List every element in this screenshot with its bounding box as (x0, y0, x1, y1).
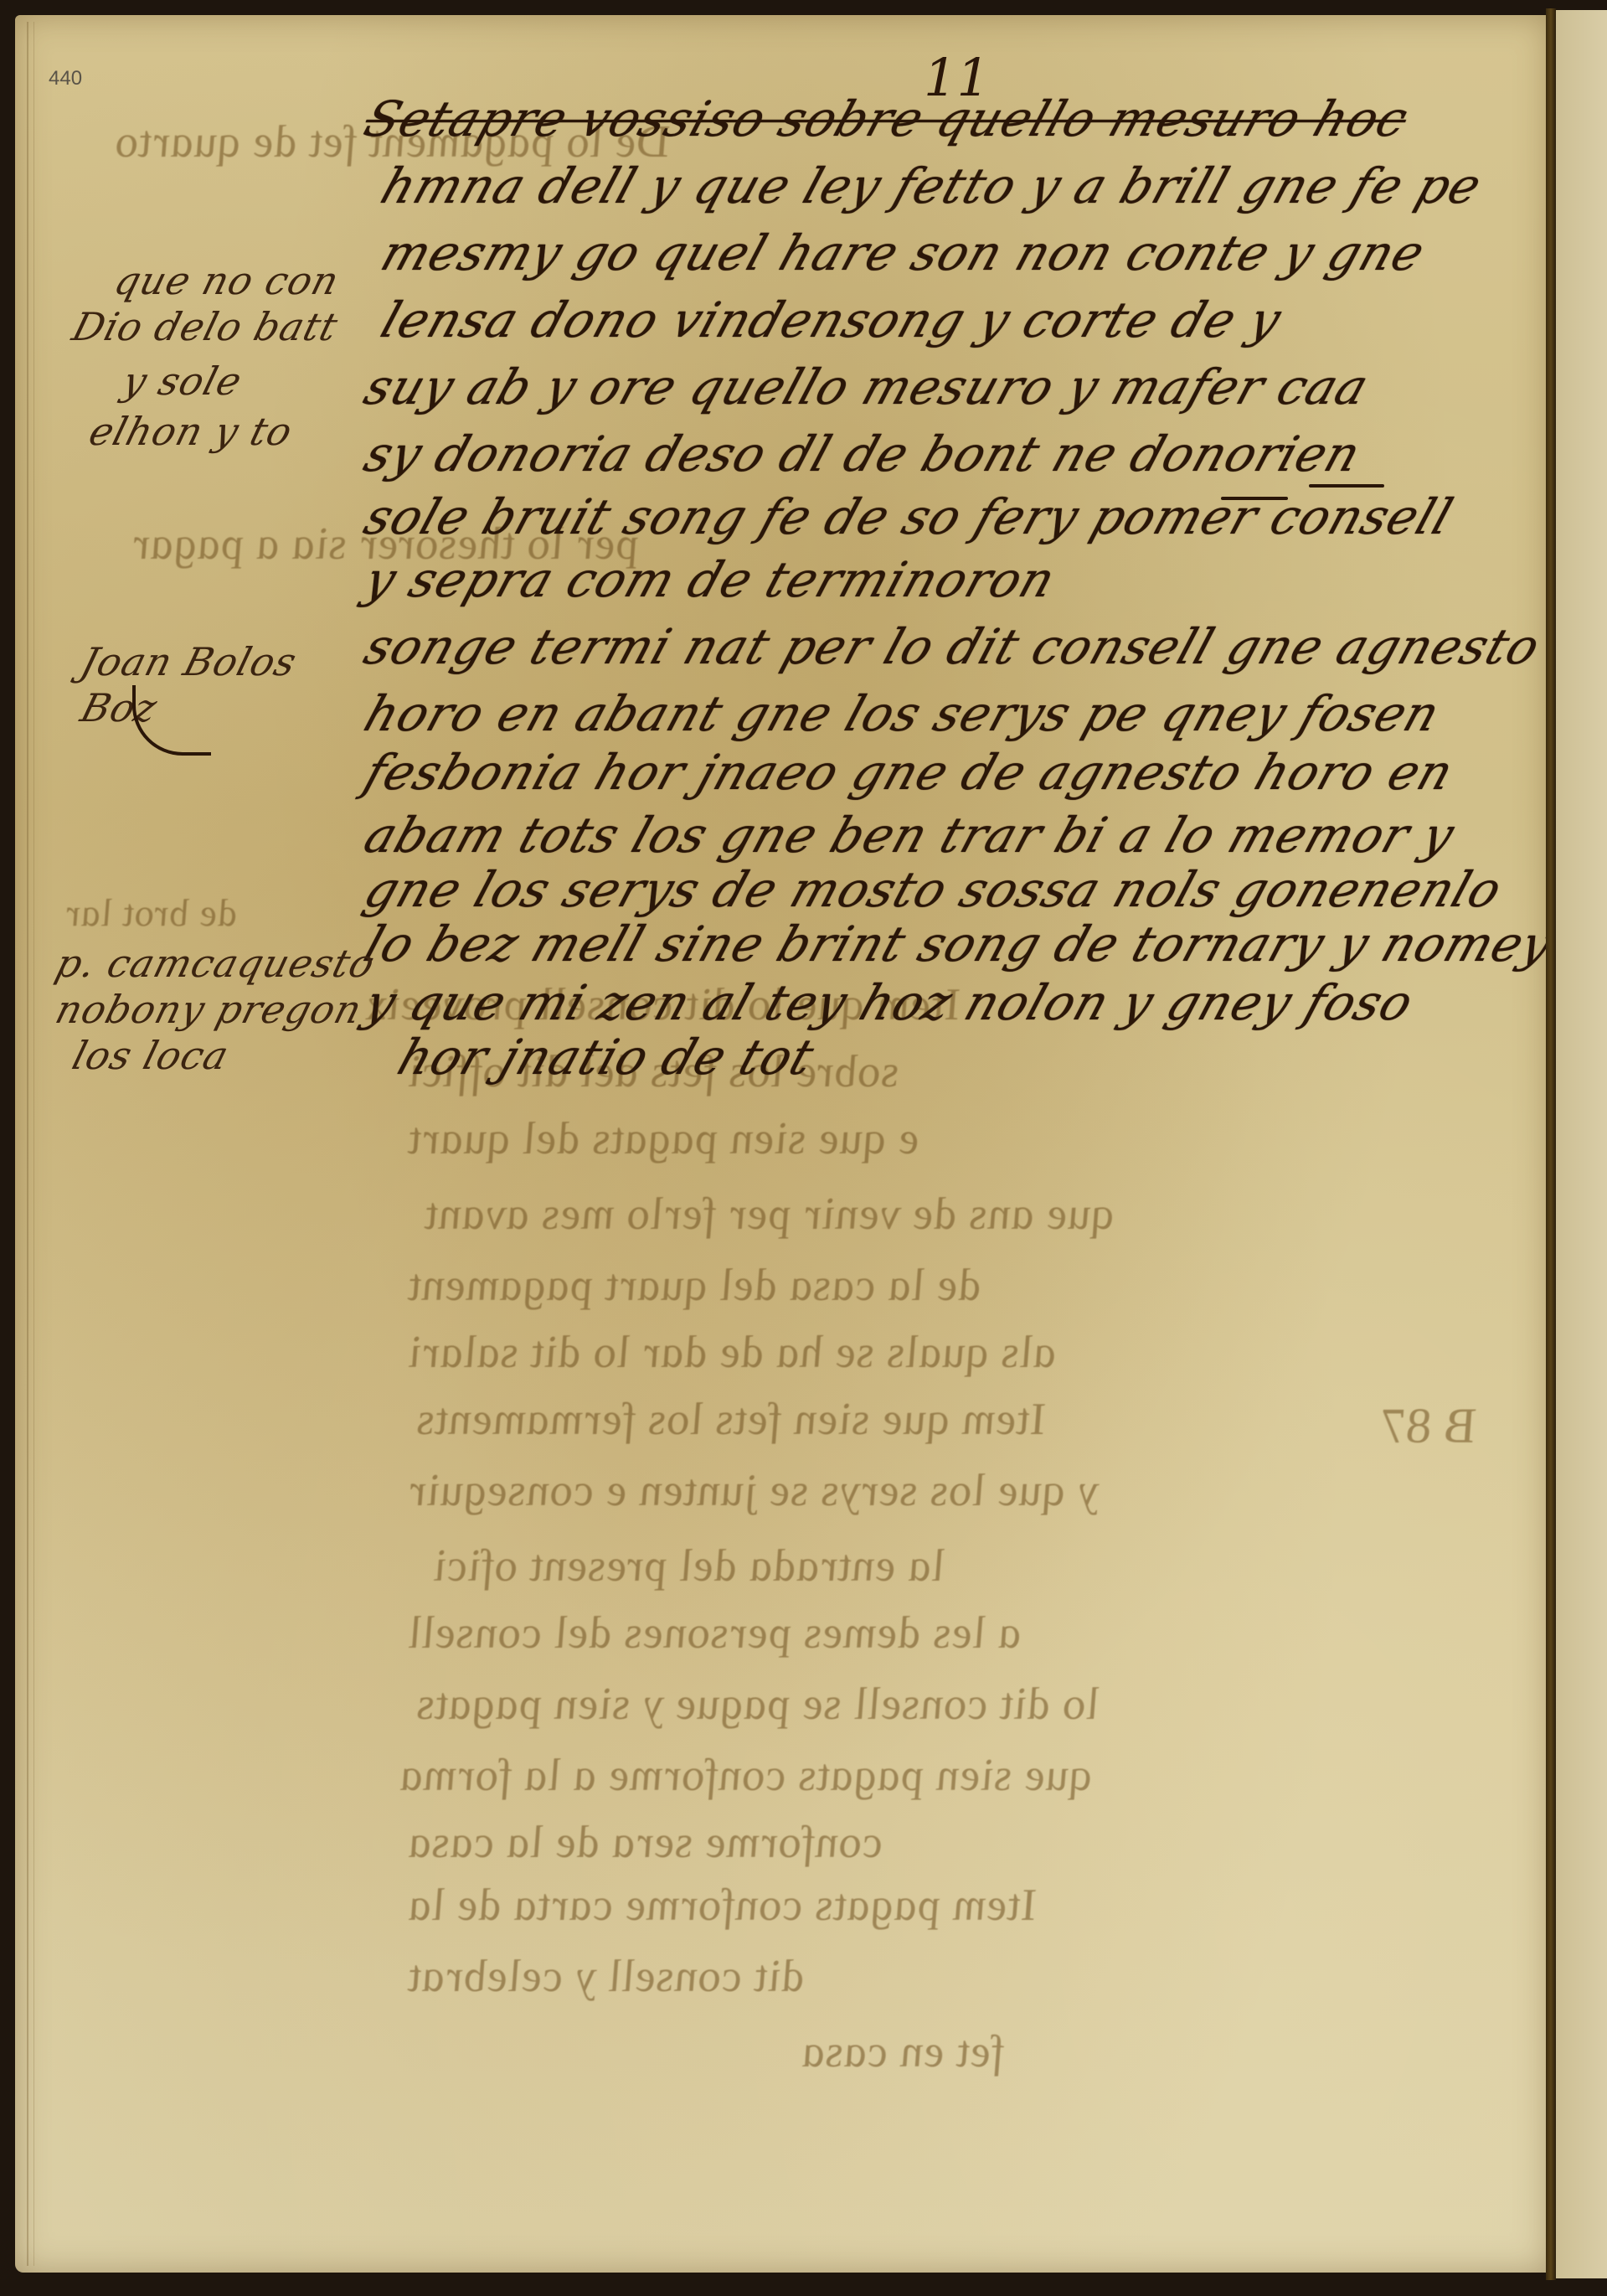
manuscript-scan: 440 11 De lo pagament fet de quarto per … (0, 0, 1607, 2296)
text-line: suy ab y ore quello mesuro y mafer caa (358, 359, 1376, 415)
bleed-line: de la casa del quart pagament (402, 1259, 988, 1311)
text-line: y que mi zen al tey hoz nolon y gney fos… (358, 974, 1421, 1031)
manuscript-page: 440 11 De lo pagament fet de quarto per … (15, 15, 1549, 2273)
bleed-line: y que los serys se junten e conseguir (402, 1464, 1105, 1516)
text-line: sy donoria deso dl de bont ne donorien (358, 426, 1368, 482)
text-line: lensa dono vindensong y corte de y (374, 292, 1289, 348)
pencil-page-number: 440 (49, 67, 82, 90)
text-line: lo bez mell sine brint song de tornary y… (358, 916, 1560, 973)
text-line: horo en abant gne los serys pe qney fose… (358, 685, 1447, 742)
text-line: sole bruit song fe de so fery pomer cons… (358, 488, 1460, 545)
bleed-line: lo dit consell se pague y sien pagats (410, 1678, 1106, 1730)
margin-note-line: y sole (118, 359, 247, 404)
text-line: mesmy go quel hare son non conte y gne (374, 224, 1432, 281)
text-line: songe termi nat per lo dit consell gne a… (358, 618, 1548, 675)
bleed-line: Item pagats conforme carta de la (402, 1879, 1043, 1931)
margin-note-line: p. camcaquesto (51, 941, 380, 986)
bleed-line: conforme sera de la casa (402, 1816, 889, 1868)
bleed-line: fet en casa (796, 2025, 1011, 2077)
bleed-line: dit consell y celebrat (402, 1950, 811, 2002)
line-end-dash (1221, 497, 1288, 500)
text-line: gne los serys de mosto sossa nols gonene… (358, 861, 1510, 918)
binding-gutter (1546, 8, 1556, 2280)
line-end-dash (1309, 484, 1384, 488)
bleed-line: la entrada del present ofici (427, 1540, 951, 1592)
text-line: y sepra com de terminoron (358, 551, 1063, 608)
bleed-margin-line: de brot lar (59, 890, 243, 935)
text-line: Setapre vossiso sobre quello mesuro hoc (358, 90, 1415, 147)
text-line: hmna dell y que ley fetto y a brill gne … (374, 157, 1489, 214)
bleed-line: a les demes persones del consell (402, 1607, 1028, 1659)
margin-note-line: elhon y to (85, 409, 298, 454)
bleed-line: Item que sien fets los fermaments (410, 1393, 1053, 1445)
bleed-line: que sien pagats conforme a la forma (394, 1749, 1099, 1801)
margin-note-line: los loca (68, 1033, 234, 1078)
margin-note-line: Dio delo batt (68, 304, 343, 349)
margin-note-line: nobony pregon (51, 987, 368, 1032)
bleed-line: als quals se ha de dar lo dit salari (402, 1326, 1064, 1378)
bleed-line: que ans de venir per ferlo mes avant (419, 1188, 1121, 1240)
adjacent-page-edge (1556, 10, 1607, 2278)
bleed-line: e que sien pagats del quart (402, 1112, 926, 1164)
margin-note-line: que no con (110, 258, 344, 303)
bleed-margin-line: B 87 (1373, 1397, 1484, 1455)
text-line: hor jnatio de tot (391, 1029, 822, 1086)
text-line: abam tots los gne ben trar bi a lo memor… (358, 807, 1462, 864)
margin-flourish (132, 685, 211, 756)
margin-note-line: Joan Bolos (76, 639, 302, 684)
text-line: fesbonia hor jnaeo gne de agnesto horo e… (358, 744, 1461, 801)
